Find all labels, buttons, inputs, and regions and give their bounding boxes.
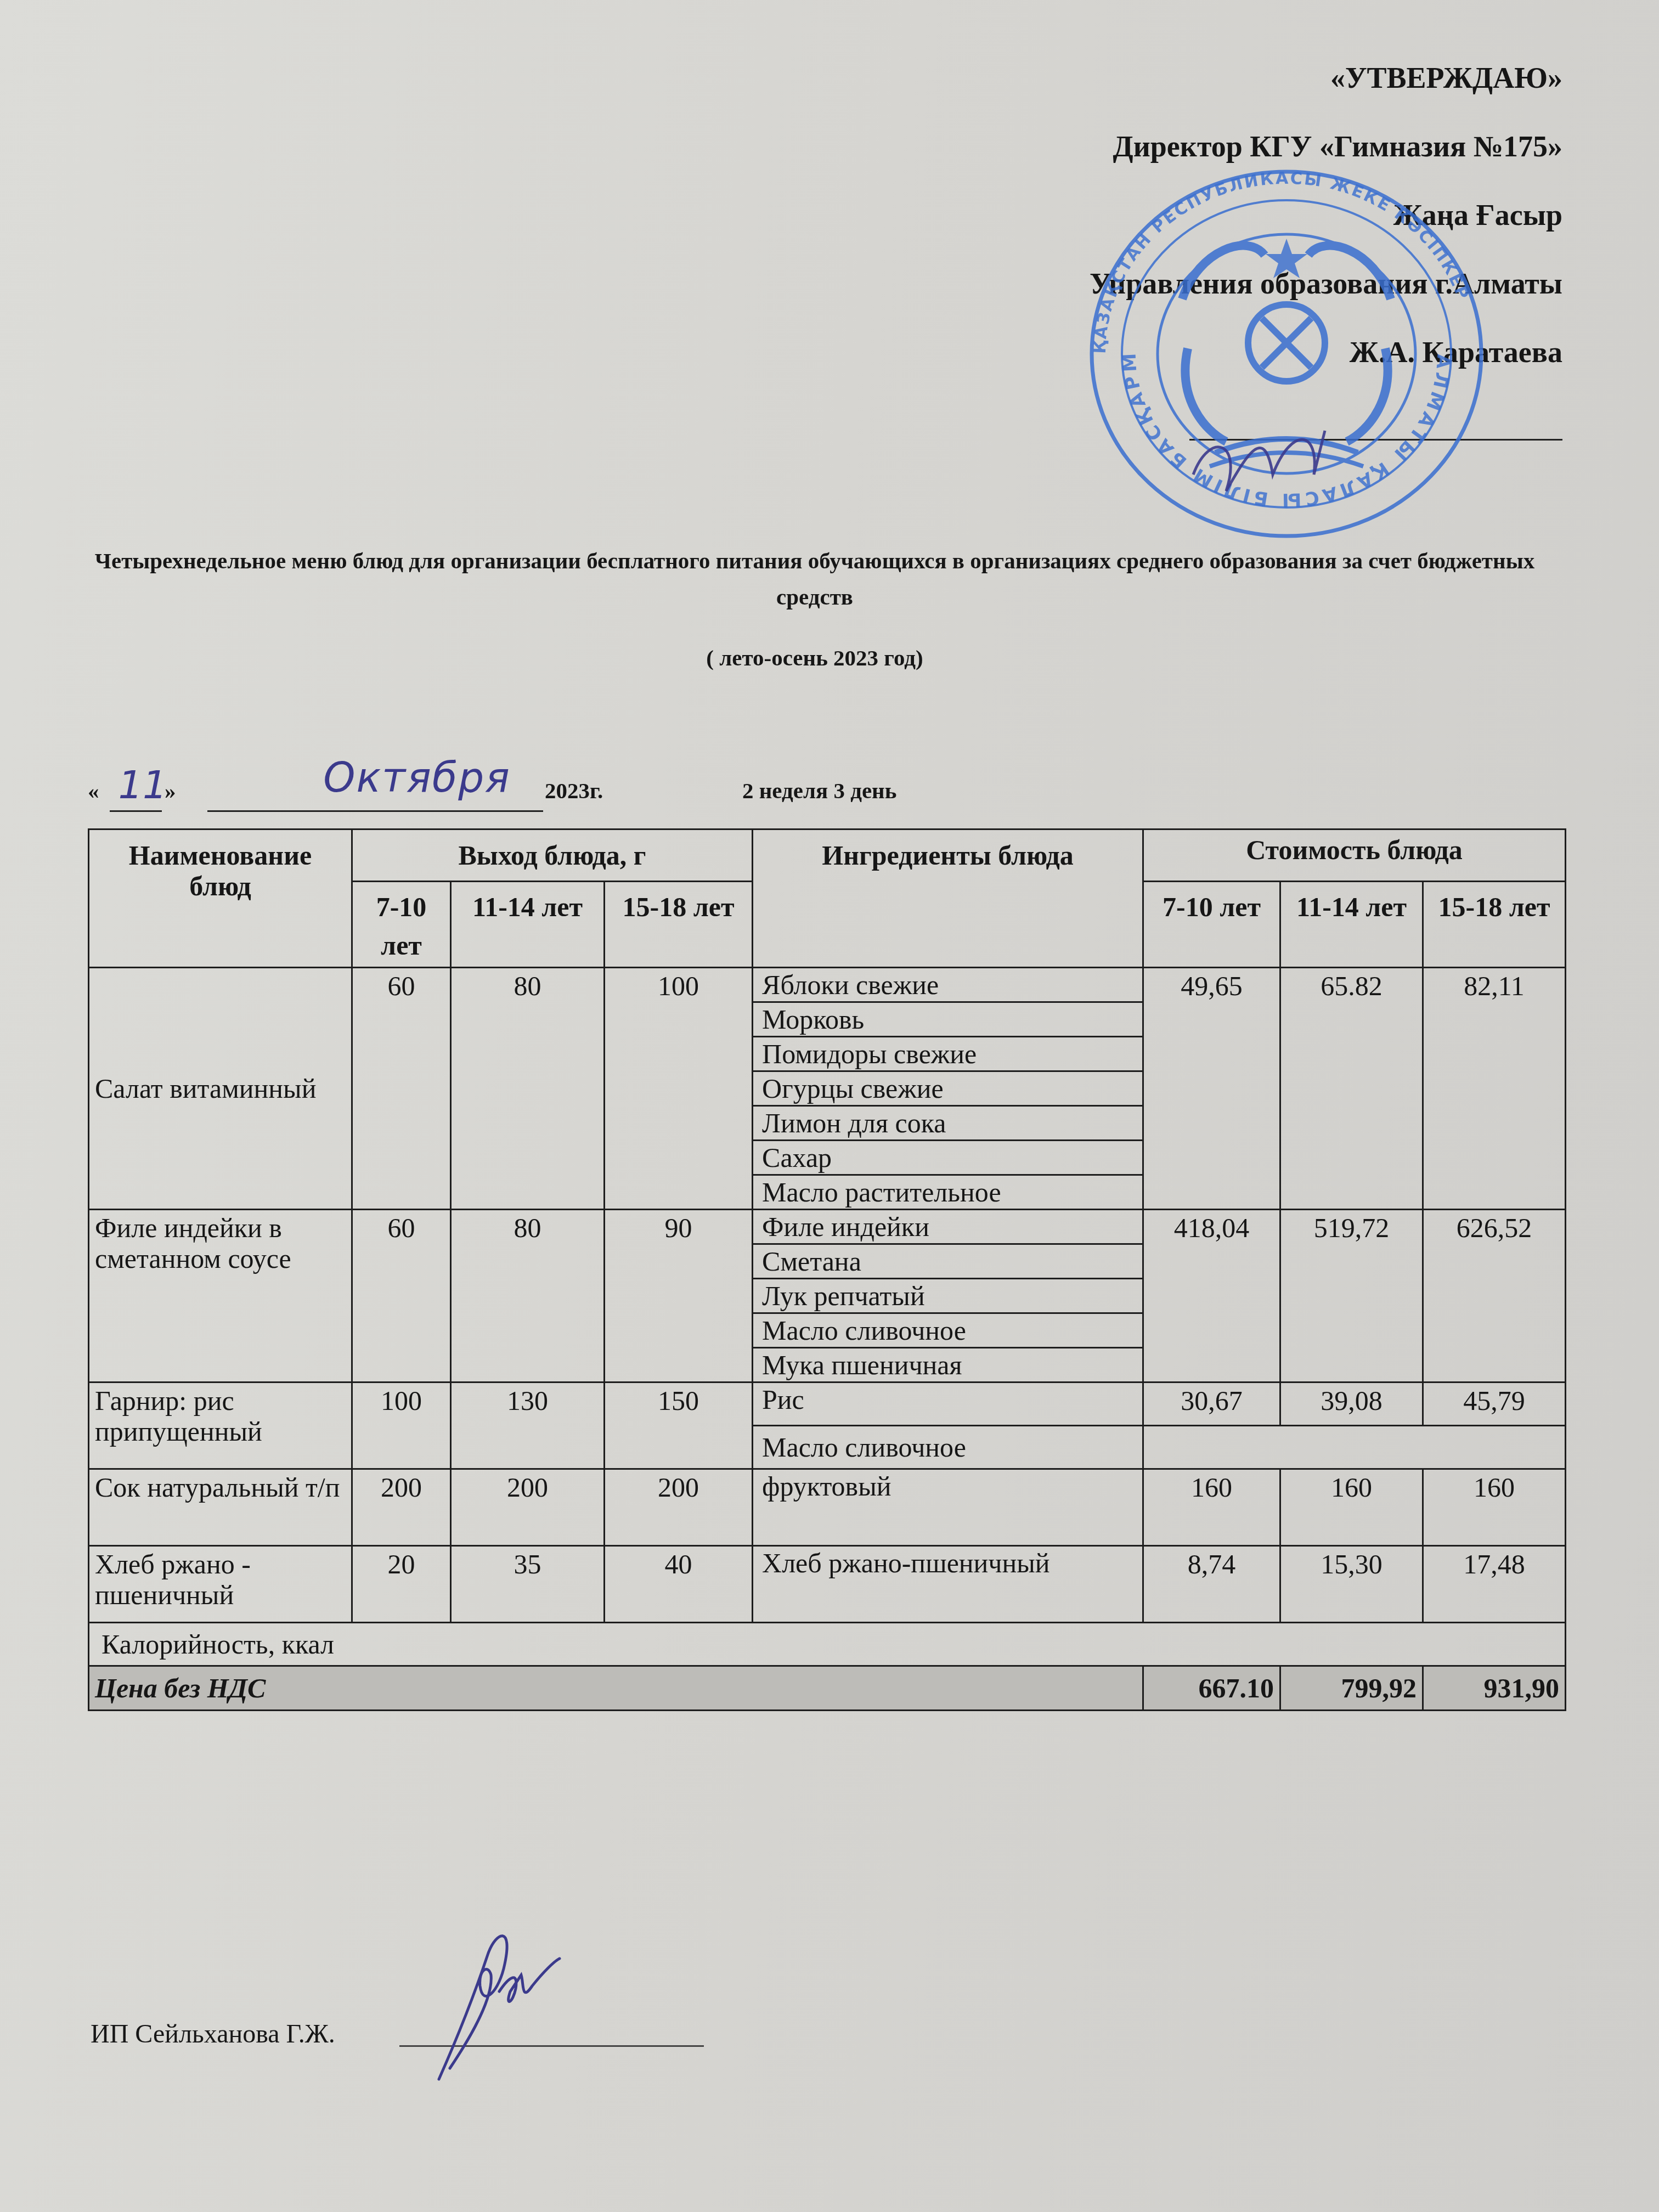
header-cost: Стоимость блюда [1143, 830, 1566, 882]
price-total-15-18: 931,90 [1423, 1666, 1566, 1711]
ingredient: Яблоки свежие [753, 968, 1143, 1002]
ingredient: Масло сливочное [753, 1313, 1143, 1348]
header-output-age-7-10: 7-10 лет [352, 882, 451, 968]
header-dish-name: Наименование блюд [89, 830, 352, 968]
calories-label: Калорийность, ккал [89, 1623, 1566, 1666]
output-11-14: 130 [451, 1383, 605, 1469]
cost-7-10: 418,04 [1143, 1210, 1280, 1383]
output-15-18: 40 [605, 1546, 753, 1623]
cost-11-14: 39,08 [1280, 1383, 1423, 1426]
ingredient: Лук репчатый [753, 1279, 1143, 1313]
cost-11-14: 65.82 [1280, 968, 1423, 1210]
cost-15-18: 82,11 [1423, 968, 1566, 1210]
dish-name: Филе индейки в сметанном соусе [89, 1210, 352, 1383]
header-cost-age-15-18: 15-18 лет [1423, 882, 1566, 968]
date-open-quote: « [88, 777, 99, 804]
cost-empty-cell [1143, 1426, 1566, 1469]
output-7-10: 60 [352, 968, 451, 1210]
table-row: Салат витаминный 60 80 100 Яблоки свежие… [89, 968, 1566, 1002]
output-7-10: 60 [352, 1210, 451, 1383]
approval-director: Директор КГУ «Гимназия №175» [1113, 132, 1562, 161]
ingredient: фруктовый [753, 1469, 1143, 1546]
menu-table: Наименование блюд Выход блюда, г Ингреди… [88, 828, 1566, 1711]
output-11-14: 200 [451, 1469, 605, 1546]
ingredient: Сметана [753, 1244, 1143, 1279]
ingredient: Огурцы свежие [753, 1071, 1143, 1106]
official-stamp-icon: ҚАЗАҚСТАН РЕСПУБЛИКАСЫ ЖЕКЕ КӘСІПКЕР АЛМ… [1084, 167, 1489, 540]
price-total-11-14: 799,92 [1280, 1666, 1423, 1711]
output-15-18: 150 [605, 1383, 753, 1469]
header-cost-age-11-14: 11-14 лет [1280, 882, 1423, 968]
ingredient: Сахар [753, 1141, 1143, 1175]
cost-7-10: 49,65 [1143, 968, 1280, 1210]
calories-row: Калорийность, ккал [89, 1623, 1566, 1666]
cost-11-14: 160 [1280, 1469, 1423, 1546]
ingredient: Филе индейки [753, 1210, 1143, 1244]
dish-name: Гарнир: рис припущенный [89, 1383, 352, 1469]
cost-15-18: 160 [1423, 1469, 1566, 1546]
ingredient: Рис [753, 1383, 1143, 1426]
ingredient: Хлеб ржано-пшеничный [753, 1546, 1143, 1623]
output-15-18: 100 [605, 968, 753, 1210]
header-cost-age-7-10: 7-10 лет [1143, 882, 1280, 968]
cost-11-14: 519,72 [1280, 1210, 1423, 1383]
price-row: Цена без НДС 667.10 799,92 931,90 [89, 1666, 1566, 1711]
date-close-quote: » [165, 777, 176, 804]
header-ingredients: Ингредиенты блюда [753, 830, 1143, 968]
ingredient: Масло растительное [753, 1175, 1143, 1210]
date-month-handwritten: Октября [274, 754, 560, 802]
date-day-handwritten: 11 [118, 763, 167, 808]
table-row: Хлеб ржано - пшеничный 20 35 40 Хлеб ржа… [89, 1546, 1566, 1623]
table-row: Гарнир: рис припущенный 100 130 150 Рис … [89, 1383, 1566, 1426]
signature-icon [428, 1920, 647, 2085]
price-label: Цена без НДС [89, 1666, 1143, 1711]
dish-name: Сок натуральный т/п [89, 1469, 352, 1546]
output-11-14: 80 [451, 968, 605, 1210]
cost-7-10: 160 [1143, 1469, 1280, 1546]
output-11-14: 35 [451, 1546, 605, 1623]
date-year: 2023г. [545, 777, 603, 804]
output-7-10: 200 [352, 1469, 451, 1546]
date-month-underline [207, 810, 543, 812]
cost-15-18: 45,79 [1423, 1383, 1566, 1426]
ingredient: Морковь [753, 1002, 1143, 1037]
header-output: Выход блюда, г [352, 830, 753, 882]
header-output-age-15-18: 15-18 лет [605, 882, 753, 968]
cost-15-18: 626,52 [1423, 1210, 1566, 1383]
table-row: Сок натуральный т/п 200 200 200 фруктовы… [89, 1469, 1566, 1546]
header-output-age-11-14: 11-14 лет [451, 882, 605, 968]
approval-heading: «УТВЕРЖДАЮ» [1330, 63, 1562, 93]
ingredient: Масло сливочное [753, 1426, 1143, 1469]
document-title: Четырехнедельное меню блюд для организац… [60, 543, 1569, 615]
week-day-label: 2 неделя 3 день [742, 777, 896, 804]
cost-11-14: 15,30 [1280, 1546, 1423, 1623]
cost-7-10: 30,67 [1143, 1383, 1280, 1426]
ingredient: Лимон для сока [753, 1106, 1143, 1141]
output-15-18: 200 [605, 1469, 753, 1546]
price-total-7-10: 667.10 [1143, 1666, 1280, 1711]
dish-name: Хлеб ржано - пшеничный [89, 1546, 352, 1623]
dish-name: Салат витаминный [89, 968, 352, 1210]
cost-15-18: 17,48 [1423, 1546, 1566, 1623]
cost-7-10: 8,74 [1143, 1546, 1280, 1623]
date-day-underline [110, 810, 162, 812]
supplier-name: ИП Сейльханова Г.Ж. [91, 2019, 335, 2049]
output-11-14: 80 [451, 1210, 605, 1383]
ingredient: Мука пшеничная [753, 1348, 1143, 1383]
output-7-10: 100 [352, 1383, 451, 1469]
output-7-10: 20 [352, 1546, 451, 1623]
table-row: Филе индейки в сметанном соусе 60 80 90 … [89, 1210, 1566, 1244]
ingredient: Помидоры свежие [753, 1037, 1143, 1071]
output-15-18: 90 [605, 1210, 753, 1383]
document-season: ( лето-осень 2023 год) [60, 645, 1569, 671]
